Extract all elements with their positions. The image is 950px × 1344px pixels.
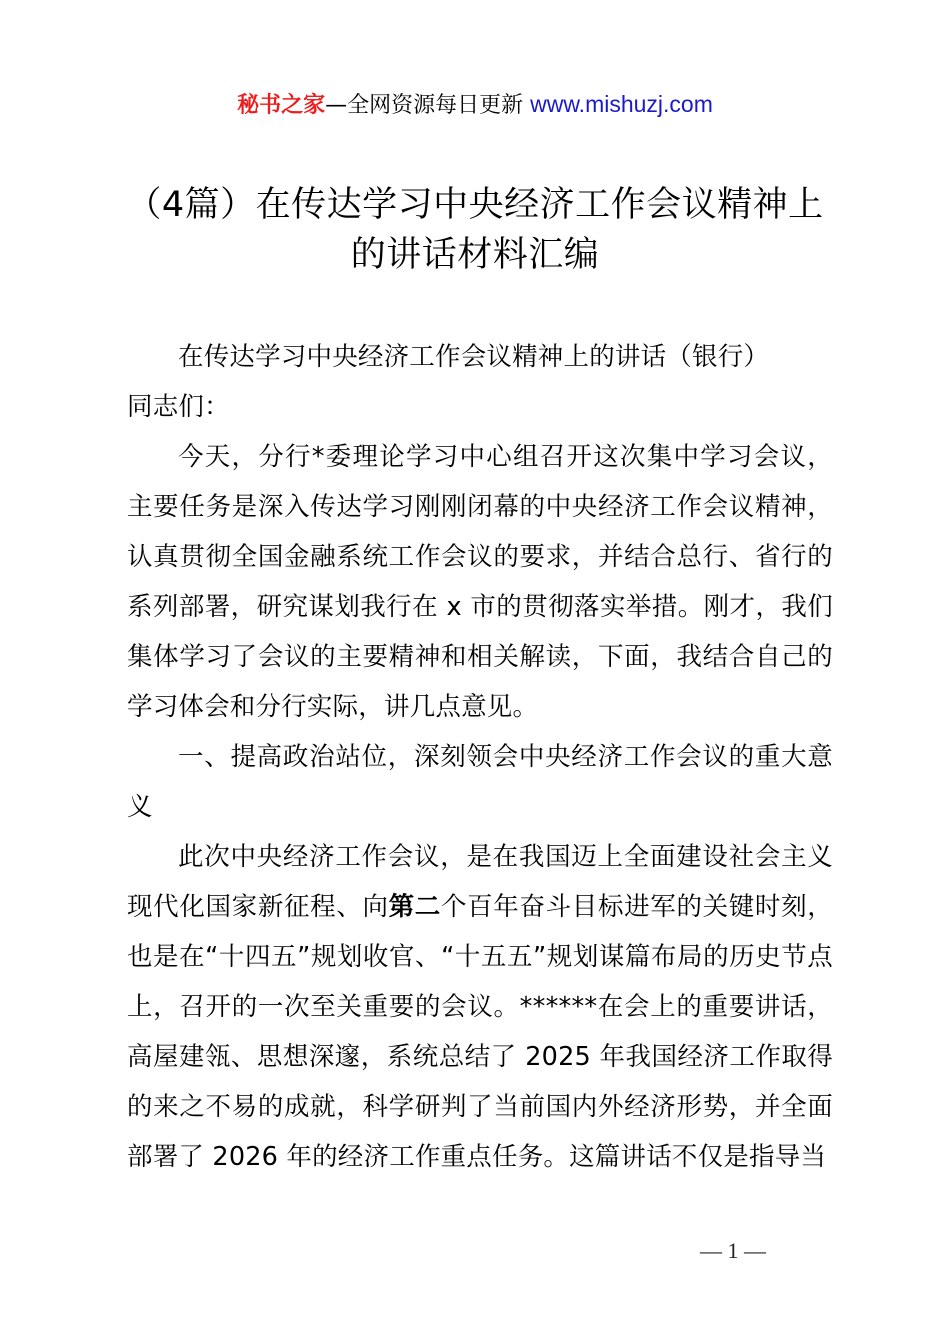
document-title: （4篇）在传达学习中央经济工作会议精神上 的讲话材料汇编 xyxy=(90,180,860,280)
page-number: — 1 — xyxy=(700,1238,766,1264)
paragraph-2-bold: 第二 xyxy=(389,892,441,922)
salutation: 同志们： xyxy=(127,382,833,432)
site-url-link[interactable]: www.mishuzj.com xyxy=(530,91,713,117)
title-line-2: 的讲话材料汇编 xyxy=(90,230,860,280)
document-body: 在传达学习中央经济工作会议精神上的讲话（银行） 同志们： 今天，分行*委理论学习… xyxy=(127,332,833,1182)
paragraph-2: 此次中央经济工作会议，是在我国迈上全面建设社会主义现代化国家新征程、向第二个百年… xyxy=(127,832,833,1182)
brand-name: 秘书之家 xyxy=(237,93,325,118)
site-banner: 秘书之家—全网资源每日更新 www.mishuzj.com xyxy=(0,86,950,124)
banner-slogan: —全网资源每日更新 xyxy=(325,93,530,118)
title-line-1: （4篇）在传达学习中央经济工作会议精神上 xyxy=(90,180,860,230)
speech-subtitle: 在传达学习中央经济工作会议精神上的讲话（银行） xyxy=(127,332,833,382)
paragraph-1: 今天，分行*委理论学习中心组召开这次集中学习会议，主要任务是深入传达学习刚刚闭幕… xyxy=(127,432,833,732)
section-heading-1: 一、提高政治站位，深刻领会中央经济工作会议的重大意义 xyxy=(127,732,833,832)
paragraph-2-part-2: 个百年奋斗目标进军的关键时刻，也是在“十四五”规划收官、“十五五”规划谋篇布局的… xyxy=(127,892,833,1172)
